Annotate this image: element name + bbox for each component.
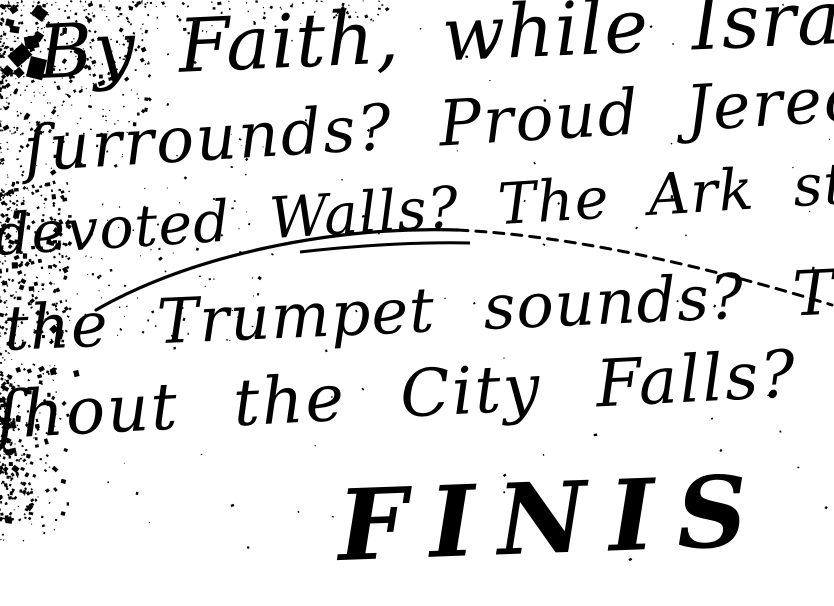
finis-word: FINIS xyxy=(336,463,771,576)
manuscript-page: By Faith, while Isra ſurrounds? Proud Je… xyxy=(0,0,834,606)
